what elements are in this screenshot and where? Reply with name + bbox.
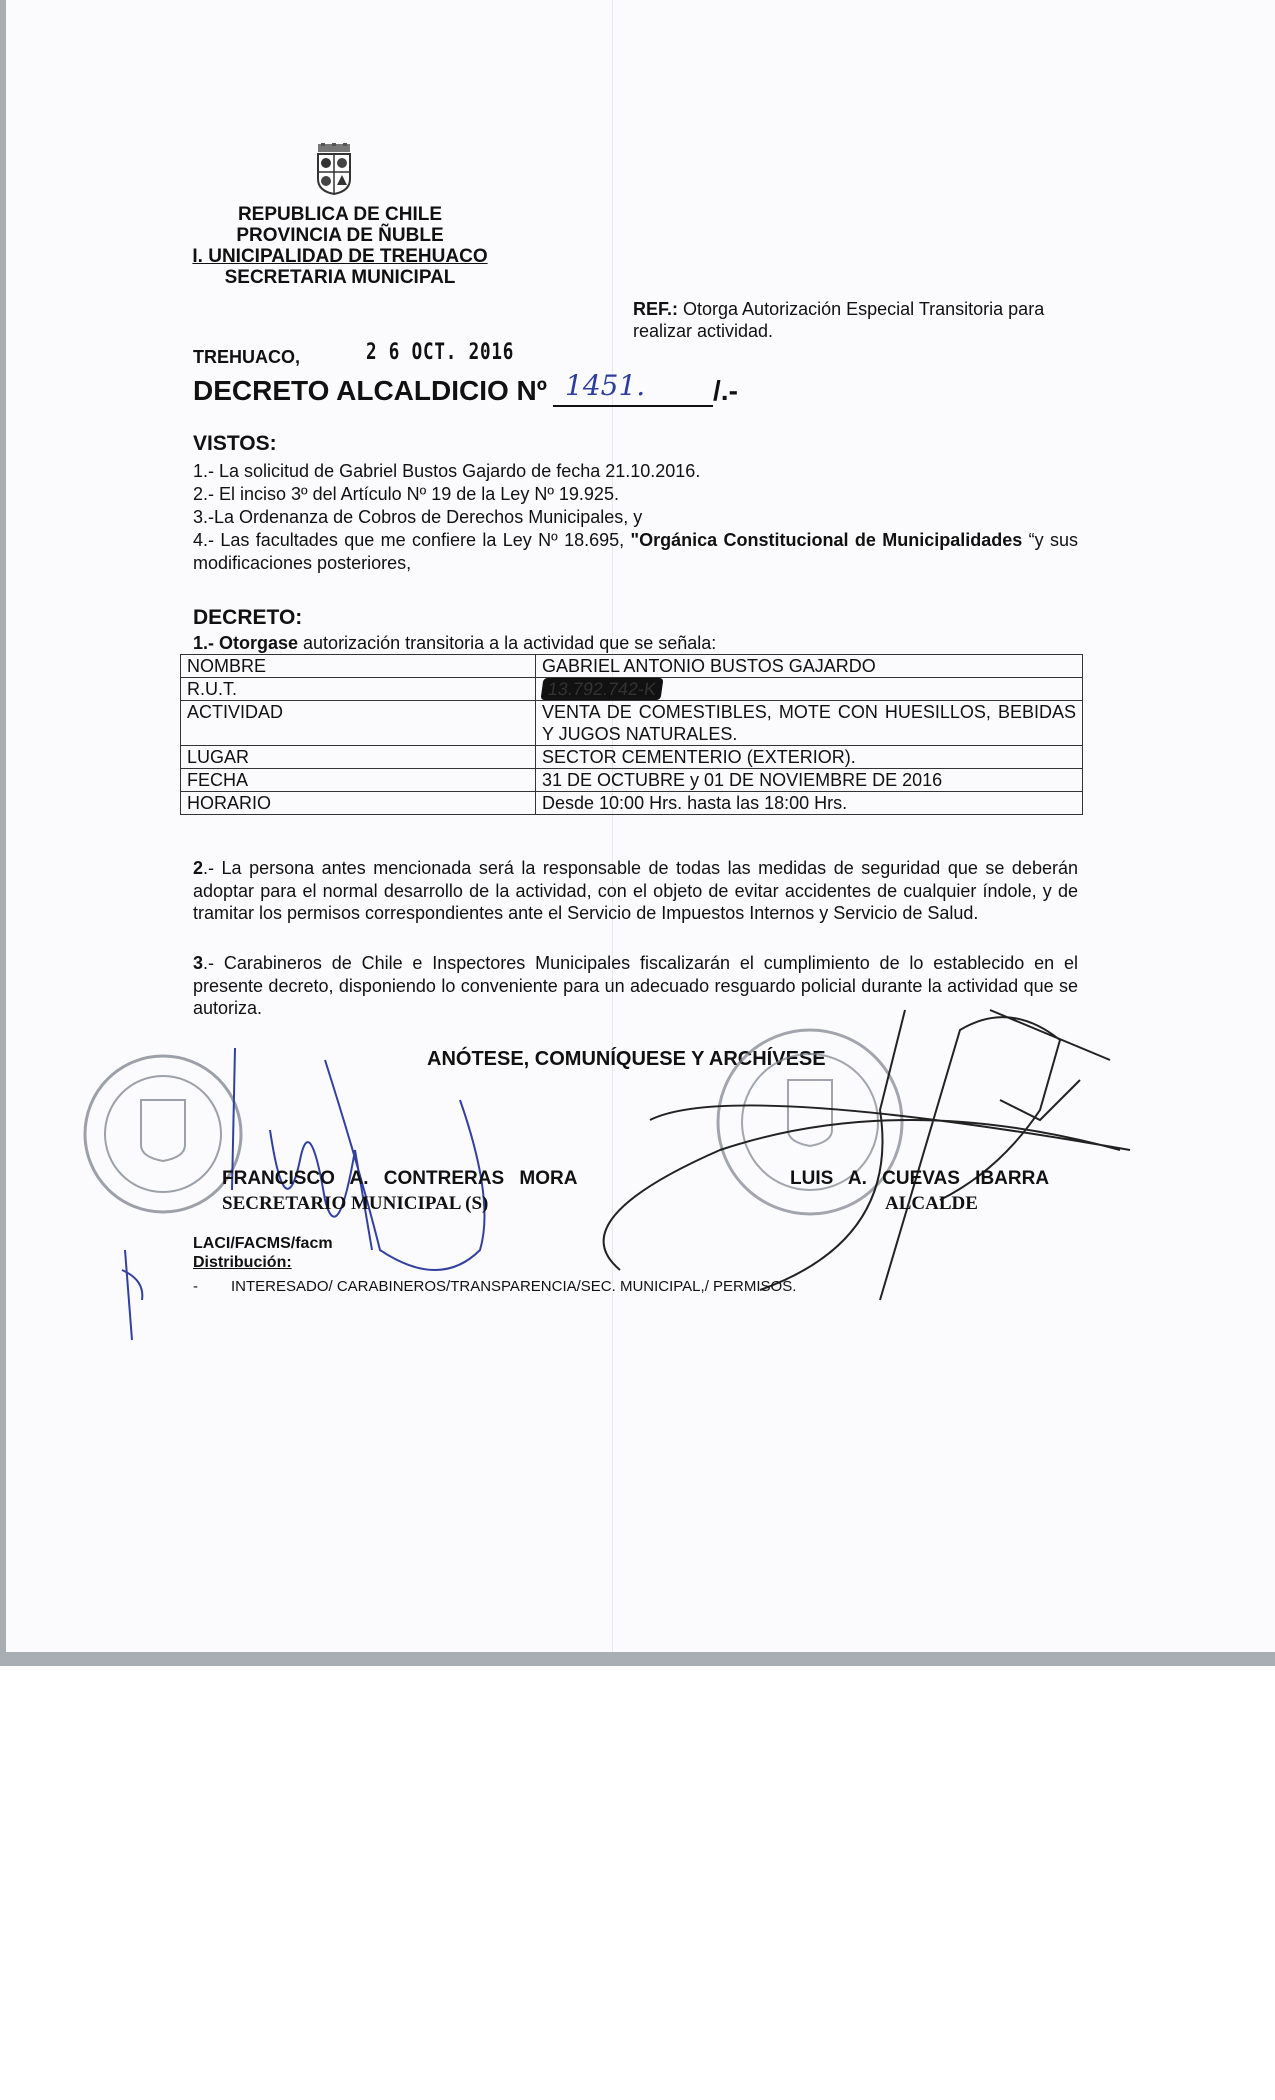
item3-number: 3 [193,953,203,973]
secretary-name: FRANCISCO A. CONTRERAS MORA [222,1168,577,1190]
row-value: VENTA DE COMESTIBLES, MOTE CON HUESILLOS… [536,701,1083,746]
scan-left-edge [0,0,6,1666]
letterhead-line: SECRETARIA MUNICIPAL [190,267,490,288]
decree-heading: DECRETO ALCALDICIO Nº1451./.- [193,375,738,407]
law-name: "Orgánica Constitucional de Municipalida… [631,530,1023,550]
mayor-name: LUIS A. CUEVAS IBARRA [790,1168,1049,1190]
place: TREHUACO, [193,347,300,368]
decree-number-line: 1451. [553,379,713,407]
decreto-item1: 1.- Otorgase autorización transitoria a … [193,632,1078,655]
row-label: HORARIO [181,792,536,815]
distribution-label: Distribución: [193,1254,292,1272]
letterhead-line: REPUBLICA DE CHILE [190,204,490,225]
reference-text: Otorga Autorización Especial Transitoria… [633,299,1044,341]
reference-label: REF.: [633,299,678,319]
row-label: FECHA [181,769,536,792]
vistos-title: VISTOS: [193,432,277,456]
distribution-text: INTERESADO/ CARABINEROS/TRANSPARENCIA/SE… [231,1278,796,1295]
table-row: HORARIODesde 10:00 Hrs. hasta las 18:00 … [181,792,1083,815]
decreto-item1-bold: 1.- Otorgase [193,633,298,653]
date-stamp: 2 6 OCT. 2016 [366,340,514,365]
letterhead-line: I. UNICIPALIDAD DE TREHUACO [190,246,490,267]
municipal-coat-of-arms-icon [312,143,356,195]
letterhead: REPUBLICA DE CHILE PROVINCIA DE ÑUBLE I.… [190,204,490,288]
reference-initials: LACI/FACMS/facm [193,1235,333,1253]
table-row: LUGARSECTOR CEMENTERIO (EXTERIOR). [181,746,1083,769]
row-label: NOMBRE [181,655,536,678]
row-value: GABRIEL ANTONIO BUSTOS GAJARDO [536,655,1083,678]
item3-text: .- Carabineros de Chile e Inspectores Mu… [193,953,1078,1018]
vistos-item4-prefix: 4.- Las facultades que me confiere la Le… [193,530,631,550]
table-row: R.U.T.13.792.742-K [181,678,1083,701]
decreto-item1-text: autorización transitoria a la actividad … [298,633,716,653]
decreto-item3: 3.- Carabineros de Chile e Inspectores M… [193,952,1078,1020]
table-row: FECHA31 DE OCTUBRE y 01 DE NOVIEMBRE DE … [181,769,1083,792]
closing-formula: ANÓTESE, COMUNÍQUESE Y ARCHÍVESE [427,1048,826,1071]
distribution-item: -INTERESADO/ CARABINEROS/TRANSPARENCIA/S… [193,1278,796,1295]
row-value: Desde 10:00 Hrs. hasta las 18:00 Hrs. [536,792,1083,815]
decree-suffix: /.- [713,375,738,406]
authorization-table: NOMBREGABRIEL ANTONIO BUSTOS GAJARDO R.U… [180,654,1083,815]
letterhead-line: PROVINCIA DE ÑUBLE [190,225,490,246]
row-label: R.U.T. [181,678,536,701]
table-row: NOMBREGABRIEL ANTONIO BUSTOS GAJARDO [181,655,1083,678]
vistos-item: 1.- La solicitud de Gabriel Bustos Gajar… [193,460,1078,483]
secretary-role: SECRETARIO MUNICIPAL (S) [222,1193,488,1215]
bullet-dash: - [193,1278,231,1295]
reference: REF.: Otorga Autorización Especial Trans… [633,298,1093,342]
vistos-item: 3.-La Ordenanza de Cobros de Derechos Mu… [193,506,1078,529]
row-value: 13.792.742-K [536,678,1083,701]
row-value: 31 DE OCTUBRE y 01 DE NOVIEMBRE DE 2016 [536,769,1083,792]
row-label: ACTIVIDAD [181,701,536,746]
table-row: ACTIVIDADVENTA DE COMESTIBLES, MOTE CON … [181,701,1083,746]
item2-number: 2 [193,858,203,878]
decree-number-handwritten: 1451. [565,369,645,402]
decreto-title: DECRETO: [193,606,302,630]
vistos-item: 2.- El inciso 3º del Artículo Nº 19 de l… [193,483,1078,506]
decreto-item2: 2.- La persona antes mencionada será la … [193,857,1078,925]
redacted-rut: 13.792.742-K [540,678,663,700]
mayor-role: ALCALDE [885,1193,978,1215]
vistos-item: 4.- Las facultades que me confiere la Le… [193,529,1078,574]
decree-title: DECRETO ALCALDICIO Nº [193,375,547,406]
row-label: LUGAR [181,746,536,769]
page-fold-line [612,0,613,1652]
item2-text: .- La persona antes mencionada será la r… [193,858,1078,923]
row-value: SECTOR CEMENTERIO (EXTERIOR). [536,746,1083,769]
scan-bottom-edge [0,1652,1275,1666]
